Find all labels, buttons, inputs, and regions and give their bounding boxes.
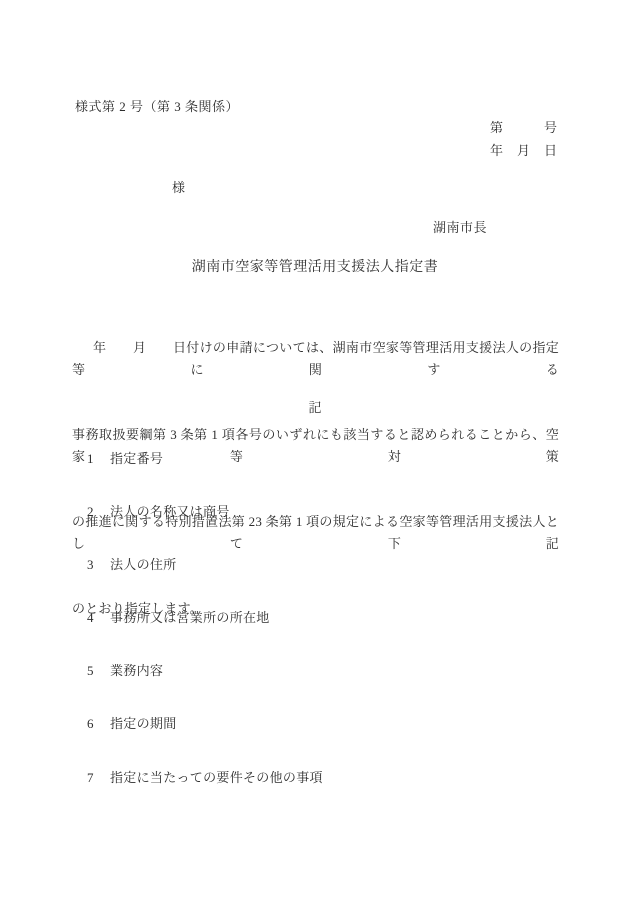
document-number-line: 第 号	[490, 117, 558, 136]
item-label: 法人の住所	[110, 554, 177, 575]
document-title: 湖南市空家等管理活用支援法人指定書	[0, 256, 630, 276]
list-item: 2 法人の名称又は商号	[87, 501, 323, 522]
list-item: 3 法人の住所	[87, 554, 323, 575]
item-number: 7	[87, 767, 110, 788]
item-number: 6	[87, 713, 110, 734]
item-number: 3	[87, 554, 110, 575]
addressee-honorific: 様	[172, 177, 185, 196]
form-number: 様式第 2 号（第 3 条関係）	[75, 96, 239, 115]
list-item: 6 指定の期間	[87, 713, 323, 734]
item-label: 指定に当たっての要件その他の事項	[110, 767, 323, 788]
item-number: 5	[87, 660, 110, 681]
item-label: 業務内容	[110, 660, 163, 681]
list-item: 4 事務所又は営業所の所在地	[87, 607, 323, 628]
item-label: 指定番号	[110, 448, 163, 469]
item-number: 1	[87, 448, 110, 469]
list-item: 7 指定に当たっての要件その他の事項	[87, 767, 323, 788]
body-line: 年 月 日付けの申請については、湖南市空家等管理活用支援法人の指定等に関する	[72, 337, 559, 380]
numbered-item-list: 1 指定番号 2 法人の名称又は商号 3 法人の住所 4 事務所又は営業所の所在…	[87, 416, 323, 820]
list-item: 1 指定番号	[87, 448, 323, 469]
item-label: 事務所又は営業所の所在地	[110, 607, 270, 628]
list-item: 5 業務内容	[87, 660, 323, 681]
record-marker: 記	[0, 397, 630, 416]
date-line: 年 月 日	[490, 140, 558, 159]
item-label: 指定の期間	[110, 713, 177, 734]
sender-mayor: 湖南市長	[433, 217, 487, 236]
item-label: 法人の名称又は商号	[110, 501, 230, 522]
item-number: 4	[87, 607, 110, 628]
item-number: 2	[87, 501, 110, 522]
document-page: 様式第 2 号（第 3 条関係） 第 号 年 月 日 様 湖南市長 湖南市空家等…	[0, 0, 630, 903]
